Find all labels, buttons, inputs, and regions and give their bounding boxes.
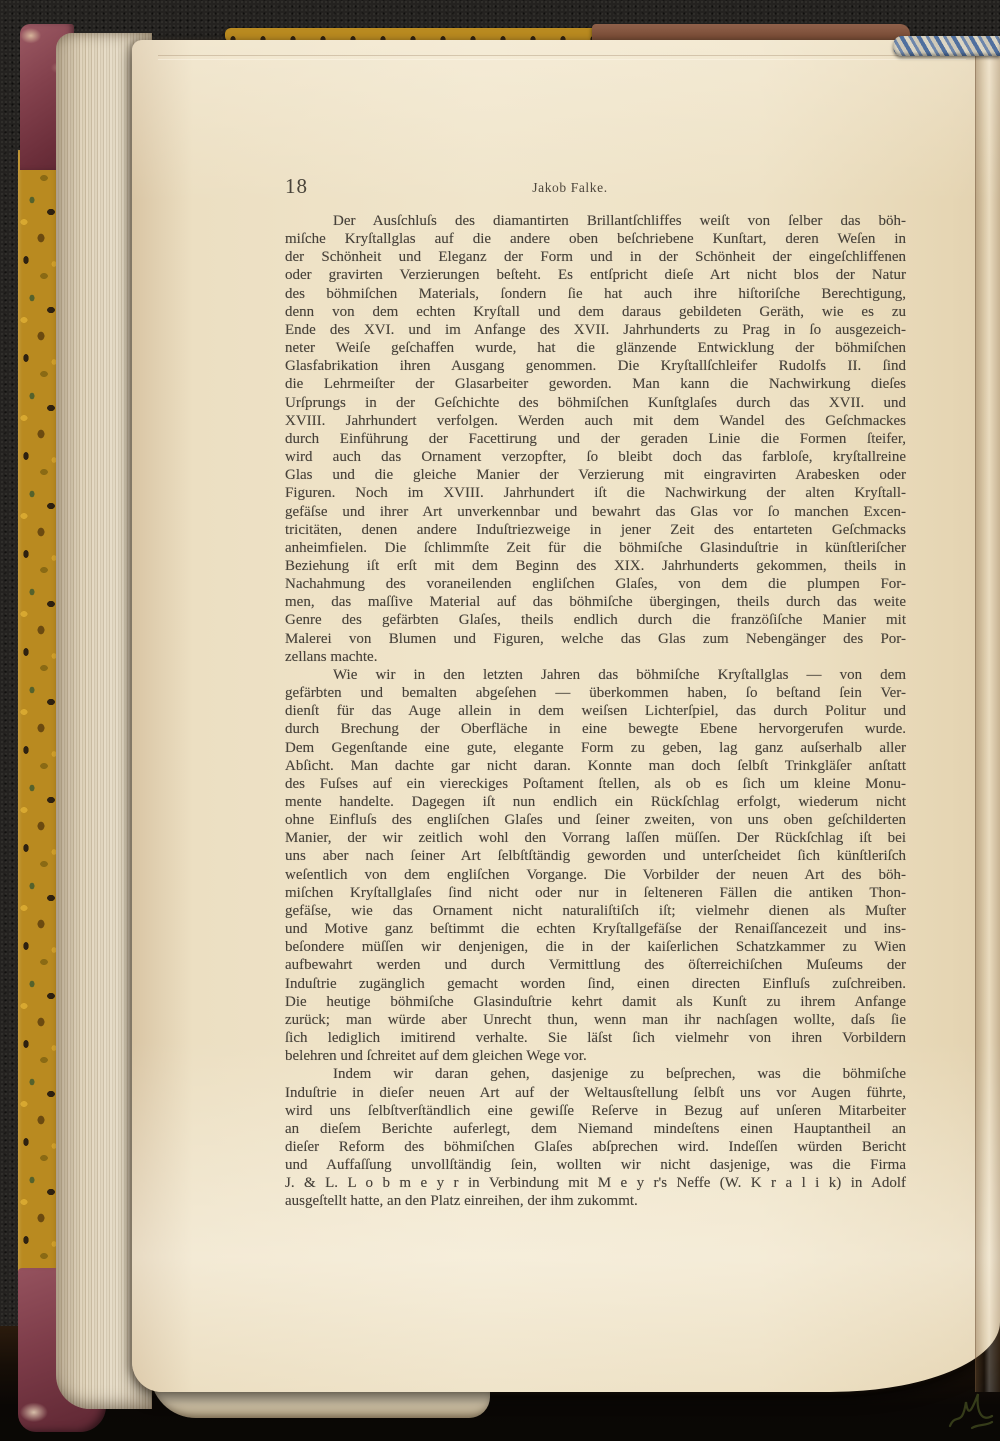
text-block: Der Ausſchluſs des diamantirten Brillant… [285, 212, 906, 1211]
text-line: neter Weiſe geſchaffen wurde, hat die gl… [285, 339, 906, 357]
paragraph: Indem wir daran gehen, dasjenige zu beſp… [285, 1065, 906, 1210]
text-line: miſche Kryſtallglas auf die andere oben … [285, 230, 906, 248]
text-line: mente handelte. Dagegen iſt nun endlich … [285, 793, 906, 811]
text-line: Figuren. Noch im XVIII. Jahrhundert iſt … [285, 484, 906, 502]
text-line: ſich lediglich imitirend verhalte. Sie l… [285, 1029, 906, 1047]
text-line: Dem Gegenſtande eine gute, elegante Form… [285, 739, 906, 757]
text-line: gefäſse, wie das Ornament nicht naturali… [285, 902, 906, 920]
text-line: durch Brechung der Oberfläche in eine be… [285, 720, 906, 738]
text-line: Abſicht. Man dachte gar nicht daran. Kon… [285, 757, 906, 775]
text-line: men, das maſſive Material auf das böhmiſ… [285, 593, 906, 611]
text-line: und Auffaſſung unvollſtändig ſein, wollt… [285, 1156, 906, 1174]
text-line: tricitäten, denen andere Induſtriezweige… [285, 521, 906, 539]
text-line: ausgeſtellt hatte, an den Platz einreihe… [285, 1192, 906, 1210]
text-line: anheimfielen. Die ſchlimmſte Zeit für di… [285, 539, 906, 557]
text-line: Manier, der wir zeitlich wohl den Vorran… [285, 829, 906, 847]
text-line: durch Einführung der Facettirung und der… [285, 430, 906, 448]
text-line: beſondere müſſen wir denjenigen, die in … [285, 938, 906, 956]
text-line: oder gravirten Verzierungen beſteht. Es … [285, 266, 906, 284]
text-line: Glas und die gleiche Manier der Verzieru… [285, 466, 906, 484]
text-line: weſentlich von dem engliſchen Vorgange. … [285, 866, 906, 884]
text-line: ohne Einfluſs des engliſchen Glaſes und … [285, 811, 906, 829]
ink-squiggle-mark [942, 1382, 1000, 1440]
text-line: Nachahmung des voraneilenden engliſchen … [285, 575, 906, 593]
text-line: wird uns ſelbſtverſtändlich eine gewiſſe… [285, 1102, 906, 1120]
text-line: zurück; man würde aber Unrecht thun, wen… [285, 1011, 906, 1029]
text-line: des Fuſses auf ein viereckiges Poſtament… [285, 775, 906, 793]
text-line: des böhmiſchen Materials, ſondern ſie ha… [285, 285, 906, 303]
text-line: Malerei von Blumen und Figuren, welche d… [285, 630, 906, 648]
scanned-book-photo: { "page": { "number": "18", "running_hea… [0, 0, 1000, 1441]
text-line: die Lehrmeiſter der Glasarbeiter geworde… [285, 375, 906, 393]
text-line: Indem wir daran gehen, dasjenige zu beſp… [285, 1065, 906, 1083]
text-line: Genre des gefärbten Glaſes, theils endli… [285, 611, 906, 629]
text-line: an dieſem Berichte auferlegt, dem Nieman… [285, 1120, 906, 1138]
text-line: gefäſse und ihrer Art unverkennbar und b… [285, 503, 906, 521]
book-page: 18 Jakob Falke. Der Ausſchluſs des diama… [132, 40, 1000, 1392]
text-line: aufbewahrt werden und durch Vermittlung … [285, 956, 906, 974]
text-line: Induſtrie in dieſer neuen Art auf der We… [285, 1084, 906, 1102]
text-line: Die heutige böhmiſche Glasinduſtrie kehr… [285, 993, 906, 1011]
text-line: Ende des XVI. und im Anfange des XVII. J… [285, 321, 906, 339]
page-header: 18 Jakob Falke. [285, 174, 906, 198]
text-line: Der Ausſchluſs des diamantirten Brillant… [285, 212, 906, 230]
text-line: und Motive ganz beſtimmt die echten Kryſ… [285, 920, 906, 938]
running-header: Jakob Falke. [285, 180, 855, 196]
text-line: Urſprungs in der Geſchichte des böhmiſch… [285, 394, 906, 412]
text-line: uns aber nach ſeiner Art ſelbſtſtändig g… [285, 847, 906, 865]
text-line: belehren und ſchreitet auf dem gleichen … [285, 1047, 906, 1065]
text-line: gefärbten und bemalten abgeſehen — überk… [285, 684, 906, 702]
paragraph: Wie wir in den letzten Jahren das böhmiſ… [285, 666, 906, 1065]
text-line: Wie wir in den letzten Jahren das böhmiſ… [285, 666, 906, 684]
text-line: J. & L. L o b m e y r in Verbindung mit … [285, 1174, 906, 1192]
text-line: wird auch das Ornament verzopfter, ſo bl… [285, 448, 906, 466]
text-line: Induſtrie zugänglich gemacht worden ſind… [285, 975, 906, 993]
text-line: zellans machte. [285, 648, 906, 666]
text-line: miſchen Kryſtallglaſes ſind nicht oder n… [285, 884, 906, 902]
text-line: dienſt für das Auge allein in dem weiſse… [285, 702, 906, 720]
text-line: Beziehung iſt erſt mit dem Beginn des XI… [285, 557, 906, 575]
text-line: der Schönheit und Eleganz der Form und i… [285, 248, 906, 266]
text-line: dieſer Reform des böhmiſchen Glaſes abſp… [285, 1138, 906, 1156]
text-line: XVIII. Jahrhundert verfolgen. Werden auc… [285, 412, 906, 430]
headband [893, 36, 1000, 56]
text-line: Glasfabrikation ihren Ausgang genommen. … [285, 357, 906, 375]
paragraph: Der Ausſchluſs des diamantirten Brillant… [285, 212, 906, 666]
text-line: denn von dem echten Kryſtall und dem dar… [285, 303, 906, 321]
